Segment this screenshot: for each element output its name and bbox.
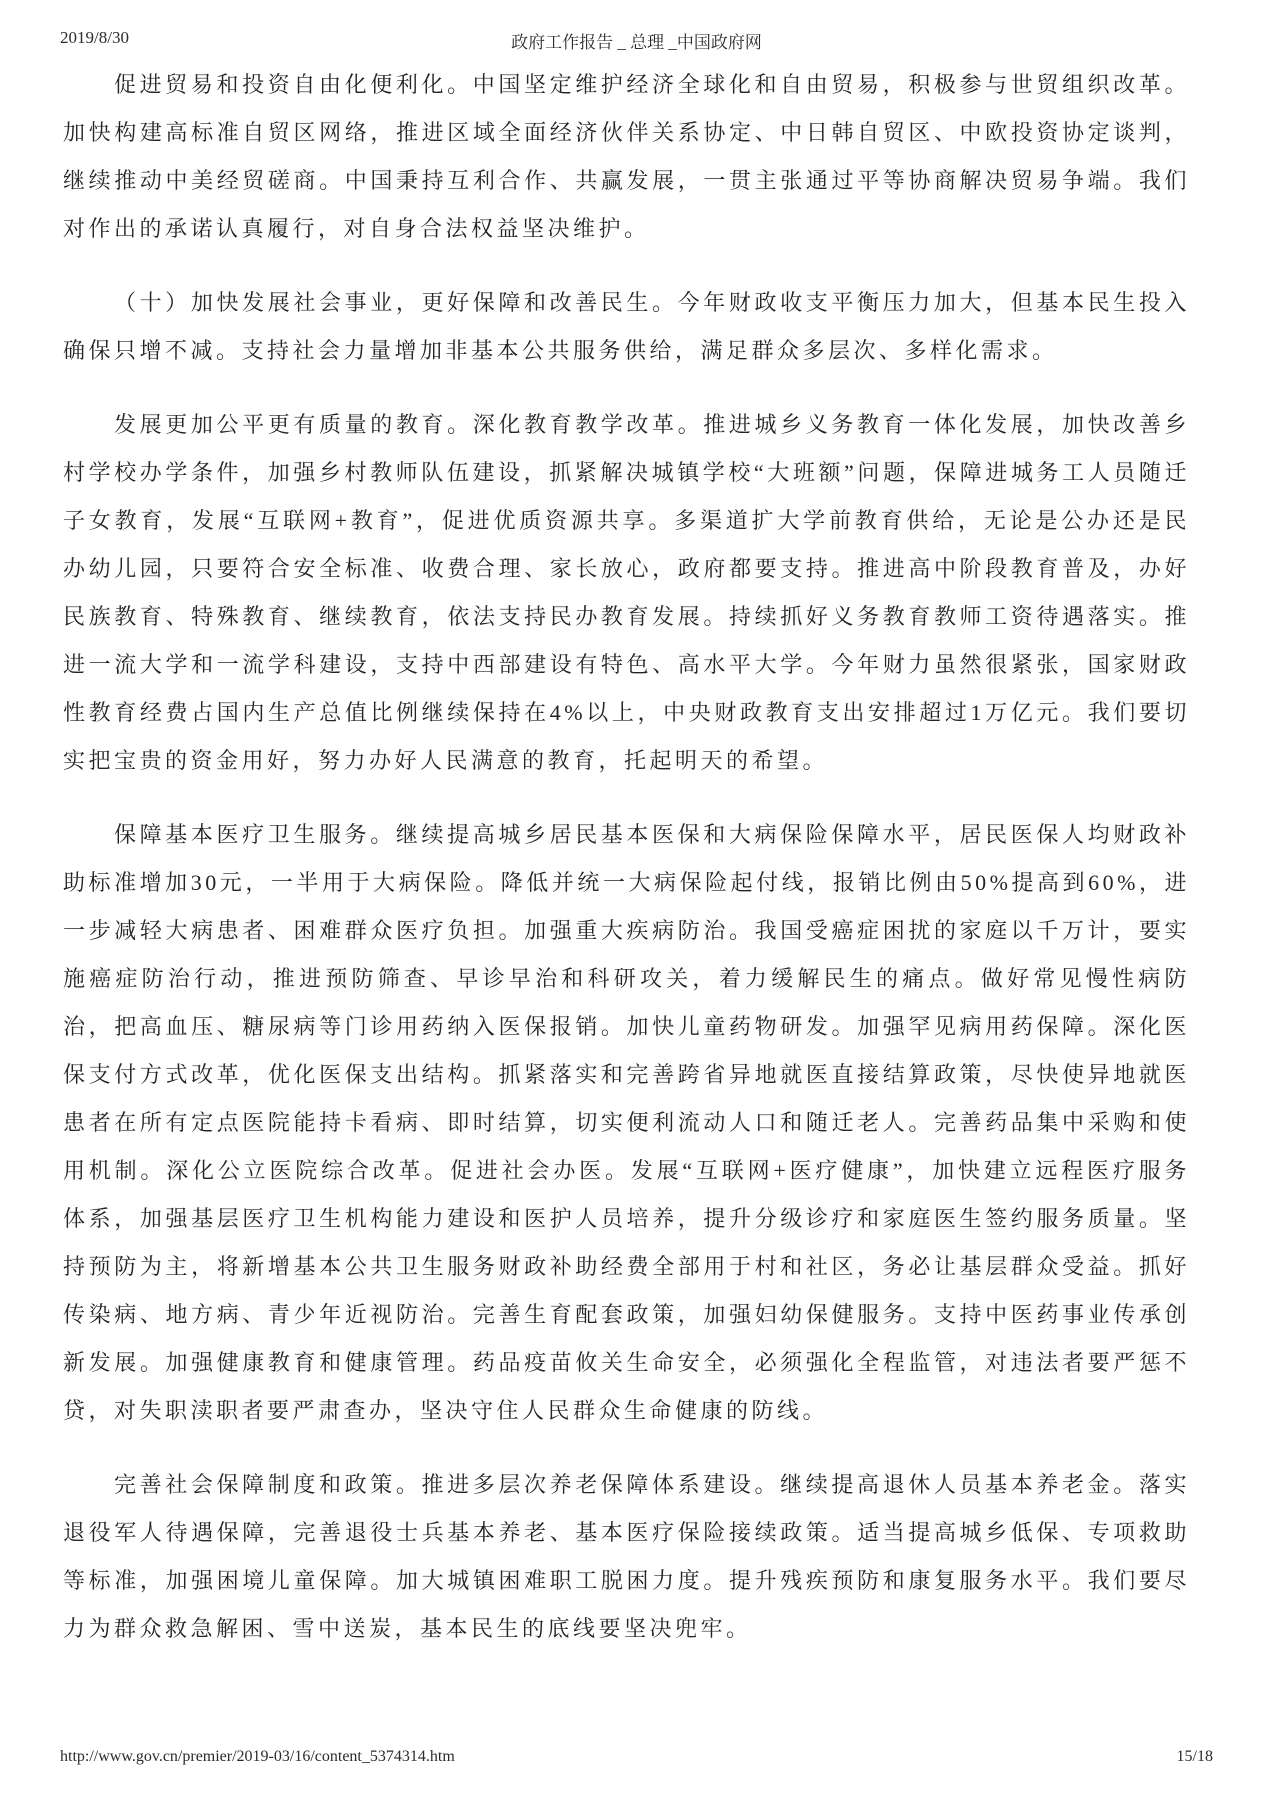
print-header: 2019/8/30 政府工作报告 _ 总理 _中国政府网 <box>60 28 1213 50</box>
paragraph-trade-investment: 促进贸易和投资自由化便利化。中国坚定维护经济全球化和自由贸易，积极参与世贸组织改… <box>63 61 1190 253</box>
document-body: 促进贸易和投资自由化便利化。中国坚定维护经济全球化和自由贸易，积极参与世贸组织改… <box>63 61 1190 1679</box>
source-url: http://www.gov.cn/premier/2019-03/16/con… <box>60 1748 455 1766</box>
paragraph-section-ten-social-programs: （十）加快发展社会事业，更好保障和改善民生。今年财政收支平衡压力加大，但基本民生… <box>63 279 1190 375</box>
page-number: 15/18 <box>1177 1748 1213 1766</box>
printed-document-page: 2019/8/30 政府工作报告 _ 总理 _中国政府网 促进贸易和投资自由化便… <box>0 0 1273 1800</box>
paragraph-education: 发展更加公平更有质量的教育。深化教育教学改革。推进城乡义务教育一体化发展，加快改… <box>63 401 1190 785</box>
paragraph-healthcare: 保障基本医疗卫生服务。继续提高城乡居民基本医保和大病保险保障水平，居民医保人均财… <box>63 811 1190 1435</box>
paragraph-social-security: 完善社会保障制度和政策。推进多层次养老保障体系建设。继续提高退休人员基本养老金。… <box>63 1461 1190 1653</box>
document-title: 政府工作报告 _ 总理 _中国政府网 <box>60 28 1213 53</box>
print-footer: http://www.gov.cn/premier/2019-03/16/con… <box>60 1748 1213 1770</box>
